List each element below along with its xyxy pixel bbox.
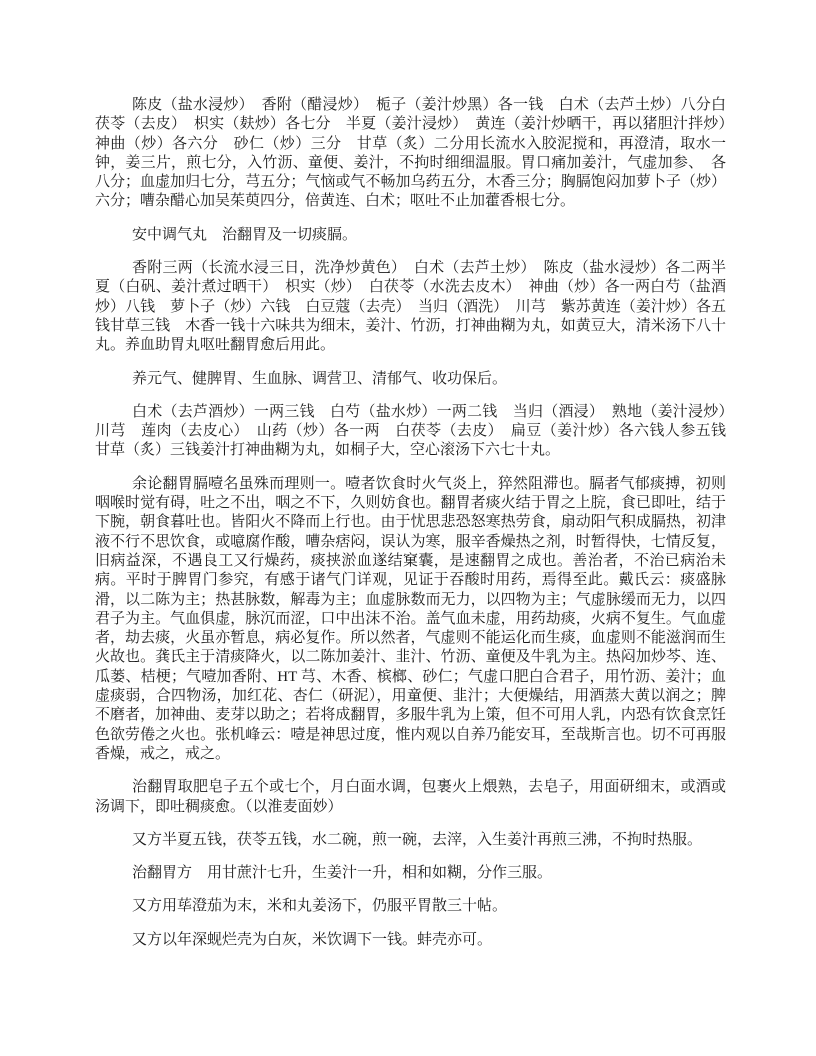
paragraph-xianke-remedy: 又方以年深蚬烂壳为白灰，米饮调下一钱。蚌壳亦可。 [95, 931, 726, 950]
paragraph-anzhong-ingredients: 香附三两（长流水浸三日，洗净炒黄色） 白术（去芦土炒） 陈皮（盐水浸炒）各二两半… [95, 259, 726, 355]
paragraph-banxia-remedy: 又方半夏五钱，茯苓五钱，水二碗，煎一碗，去滓，入生姜汁再煎三沸，不拘时热服。 [95, 831, 726, 850]
document-page: 陈皮（盐水浸炒） 香附（醋浸炒） 栀子（姜汁炒黑）各一钱 白术（去芦土炒）八分白… [0, 0, 816, 1056]
paragraph-chenpi-recipe: 陈皮（盐水浸炒） 香附（醋浸炒） 栀子（姜汁炒黑）各一钱 白术（去芦土炒）八分白… [95, 96, 726, 212]
heading-anzhong-tiaoqi-wan: 安中调气丸 治翻胃及一切痰膈。 [95, 226, 726, 245]
paragraph-feizaozi-remedy: 治翻胃取肥皂子五个或七个，月白面水调，包裹火上煨熟，去皂子，用面研细末，或酒或汤… [95, 778, 726, 817]
paragraph-yang-yuanqi: 养元气、健脾胃、生血脉、调营卫、清郁气、收功保后。 [95, 370, 726, 389]
paragraph-fanwei-discussion: 余论翻胃膈噎名虽殊而理则一。噎者饮食时火气炎上，猝然阻滞也。膈者气郁痰搏，初则咽… [95, 475, 726, 764]
paragraph-baizhu-ingredients: 白术（去芦酒炒）一两三钱 白芍（盐水炒）一两二钱 当归（酒浸） 熟地（姜汁浸炒）… [95, 403, 726, 461]
paragraph-bichengqie-remedy: 又方用荜澄茄为末，米和丸姜汤下，仍服平胃散三十帖。 [95, 897, 726, 916]
paragraph-ganzhe-remedy: 治翻胃方 用甘蔗汁七升，生姜汁一升，相和如糊，分作三服。 [95, 864, 726, 883]
